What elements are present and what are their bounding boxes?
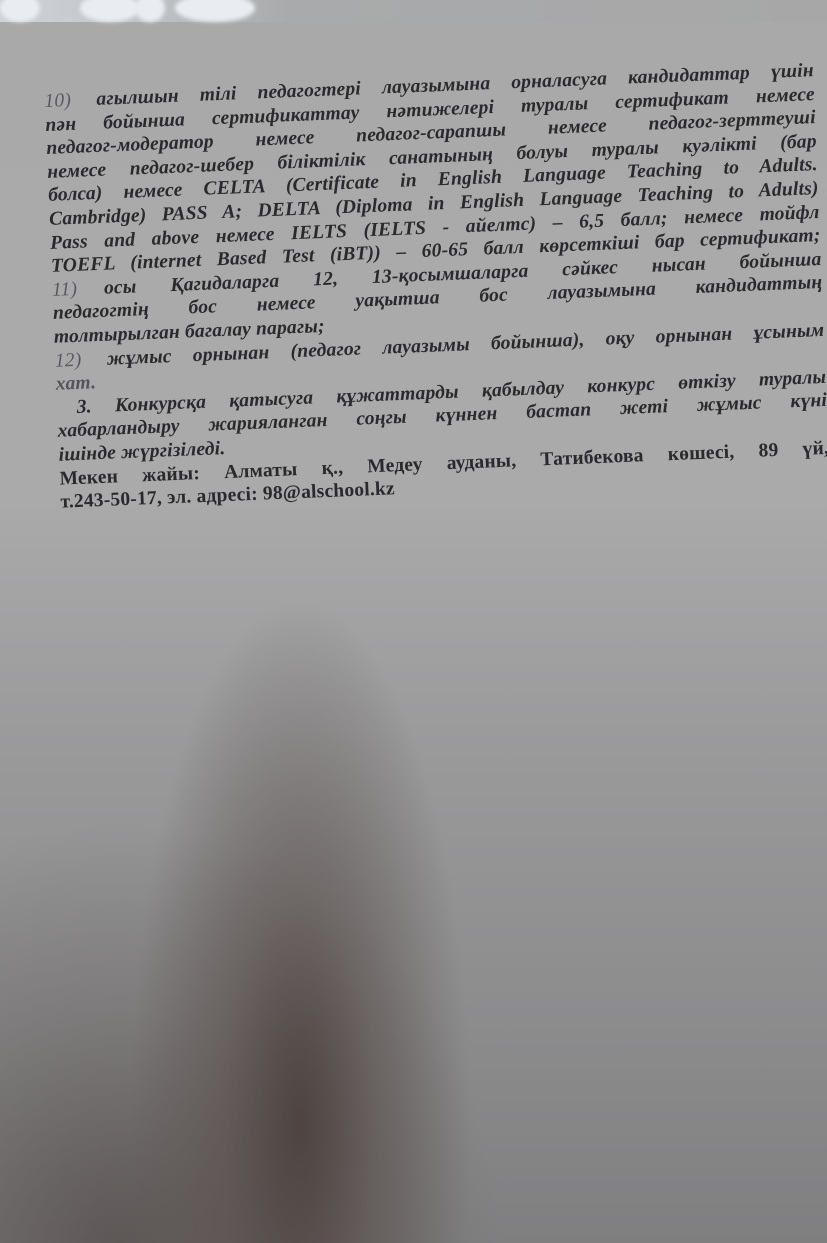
item-number: 10) (44, 88, 97, 114)
top-edge-background (0, 0, 827, 22)
document-body: 10)агылшын тілі педагогтері лауазымына о… (44, 59, 827, 514)
document-page: 10)агылшын тілі педагогтері лауазымына о… (0, 22, 827, 1243)
item-number: 3. (76, 396, 92, 418)
item-number: 12) (54, 347, 107, 373)
item-number: 11) (52, 277, 105, 303)
list-item-10: 10)агылшын тілі педагогтері лауазымына о… (44, 59, 821, 278)
